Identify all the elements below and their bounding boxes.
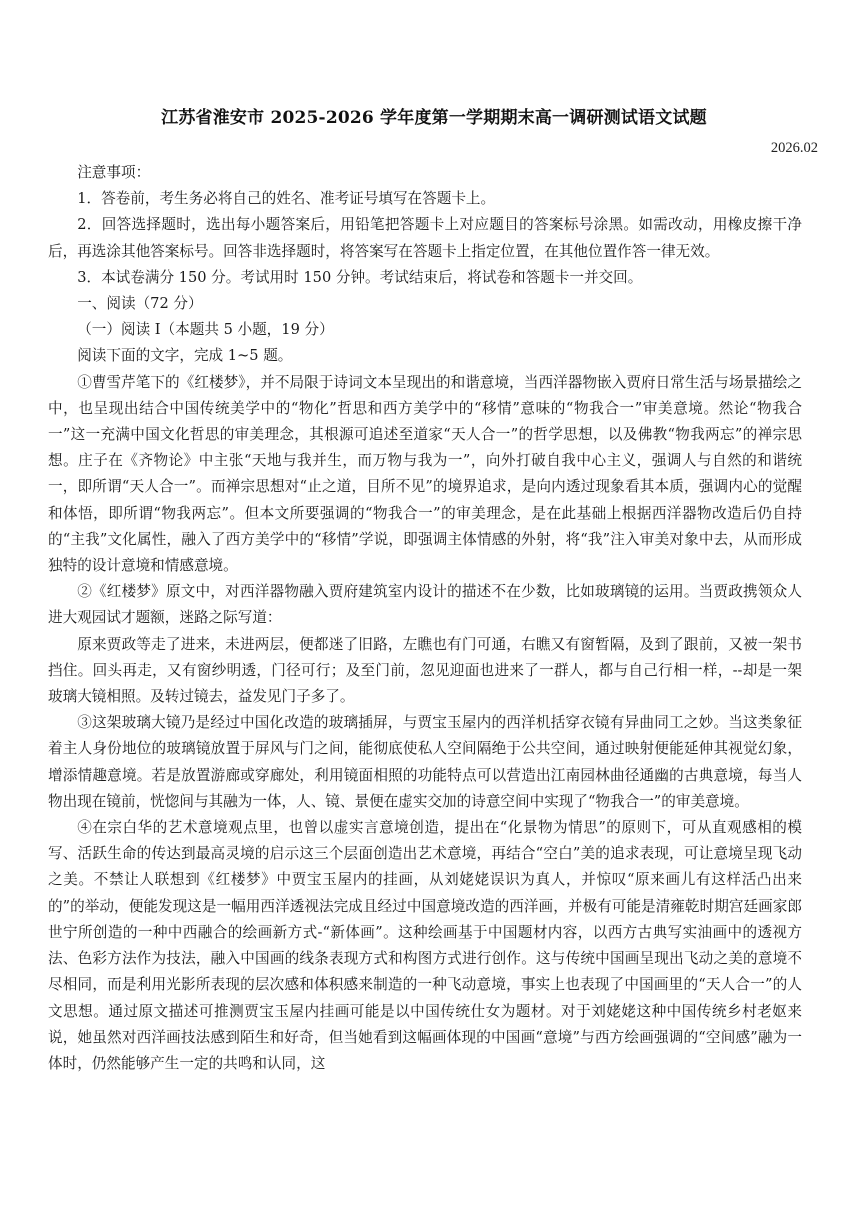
section-subheading: （一）阅读 I（本题共 5 小题，19 分） bbox=[48, 317, 802, 343]
notice-item-3: 3．本试卷满分 150 分。考试用时 150 分钟。考试结束后，将试卷和答题卡一… bbox=[48, 265, 802, 291]
exam-page: 江苏省淮安市 2025-2026 学年度第一学期期末高一调研测试语文试题 202… bbox=[0, 0, 868, 1227]
passage-paragraph-3: ③这架玻璃大镜乃是经过中国化改造的玻璃插屏，与贾宝玉屋内的西洋机括穿衣镜有异曲同… bbox=[48, 710, 802, 815]
notice-item-1: 1．答卷前，考生务必将自己的姓名、准考证号填写在答题卡上。 bbox=[48, 186, 802, 212]
passage-paragraph-4: ④在宗白华的艺术意境观点里，也曾以虚实言意境创造，提出在“化景物为情思”的原则下… bbox=[48, 815, 802, 1077]
document-title: 江苏省淮安市 2025-2026 学年度第一学期期末高一调研测试语文试题 bbox=[0, 103, 868, 128]
notice-item-2: 2．回答选择题时，选出每小题答案后，用铅笔把答题卡上对应题目的答案标号涂黑。如需… bbox=[48, 212, 802, 264]
section-heading: 一、阅读（72 分） bbox=[48, 291, 802, 317]
passage-quotation: 原来贾政等走了进来，未进两层，便都迷了旧路，左瞧也有门可通，右瞧又有窗暂隔，及到… bbox=[48, 632, 802, 711]
notice-heading: 注意事项： bbox=[48, 160, 802, 186]
passage-paragraph-1: ①曹雪芹笔下的《红楼梦》，并不局限于诗词文本呈现出的和谐意境，当西洋器物嵌入贾府… bbox=[48, 370, 802, 580]
document-body: 注意事项： 1．答卷前，考生务必将自己的姓名、准考证号填写在答题卡上。 2．回答… bbox=[48, 160, 802, 1077]
passage-paragraph-2: ②《红楼梦》原文中，对西洋器物融入贾府建筑室内设计的描述不在少数，比如玻璃镜的运… bbox=[48, 579, 802, 631]
section-instruction: 阅读下面的文字，完成 1~5 题。 bbox=[48, 343, 802, 369]
document-date: 2026.02 bbox=[771, 140, 818, 157]
